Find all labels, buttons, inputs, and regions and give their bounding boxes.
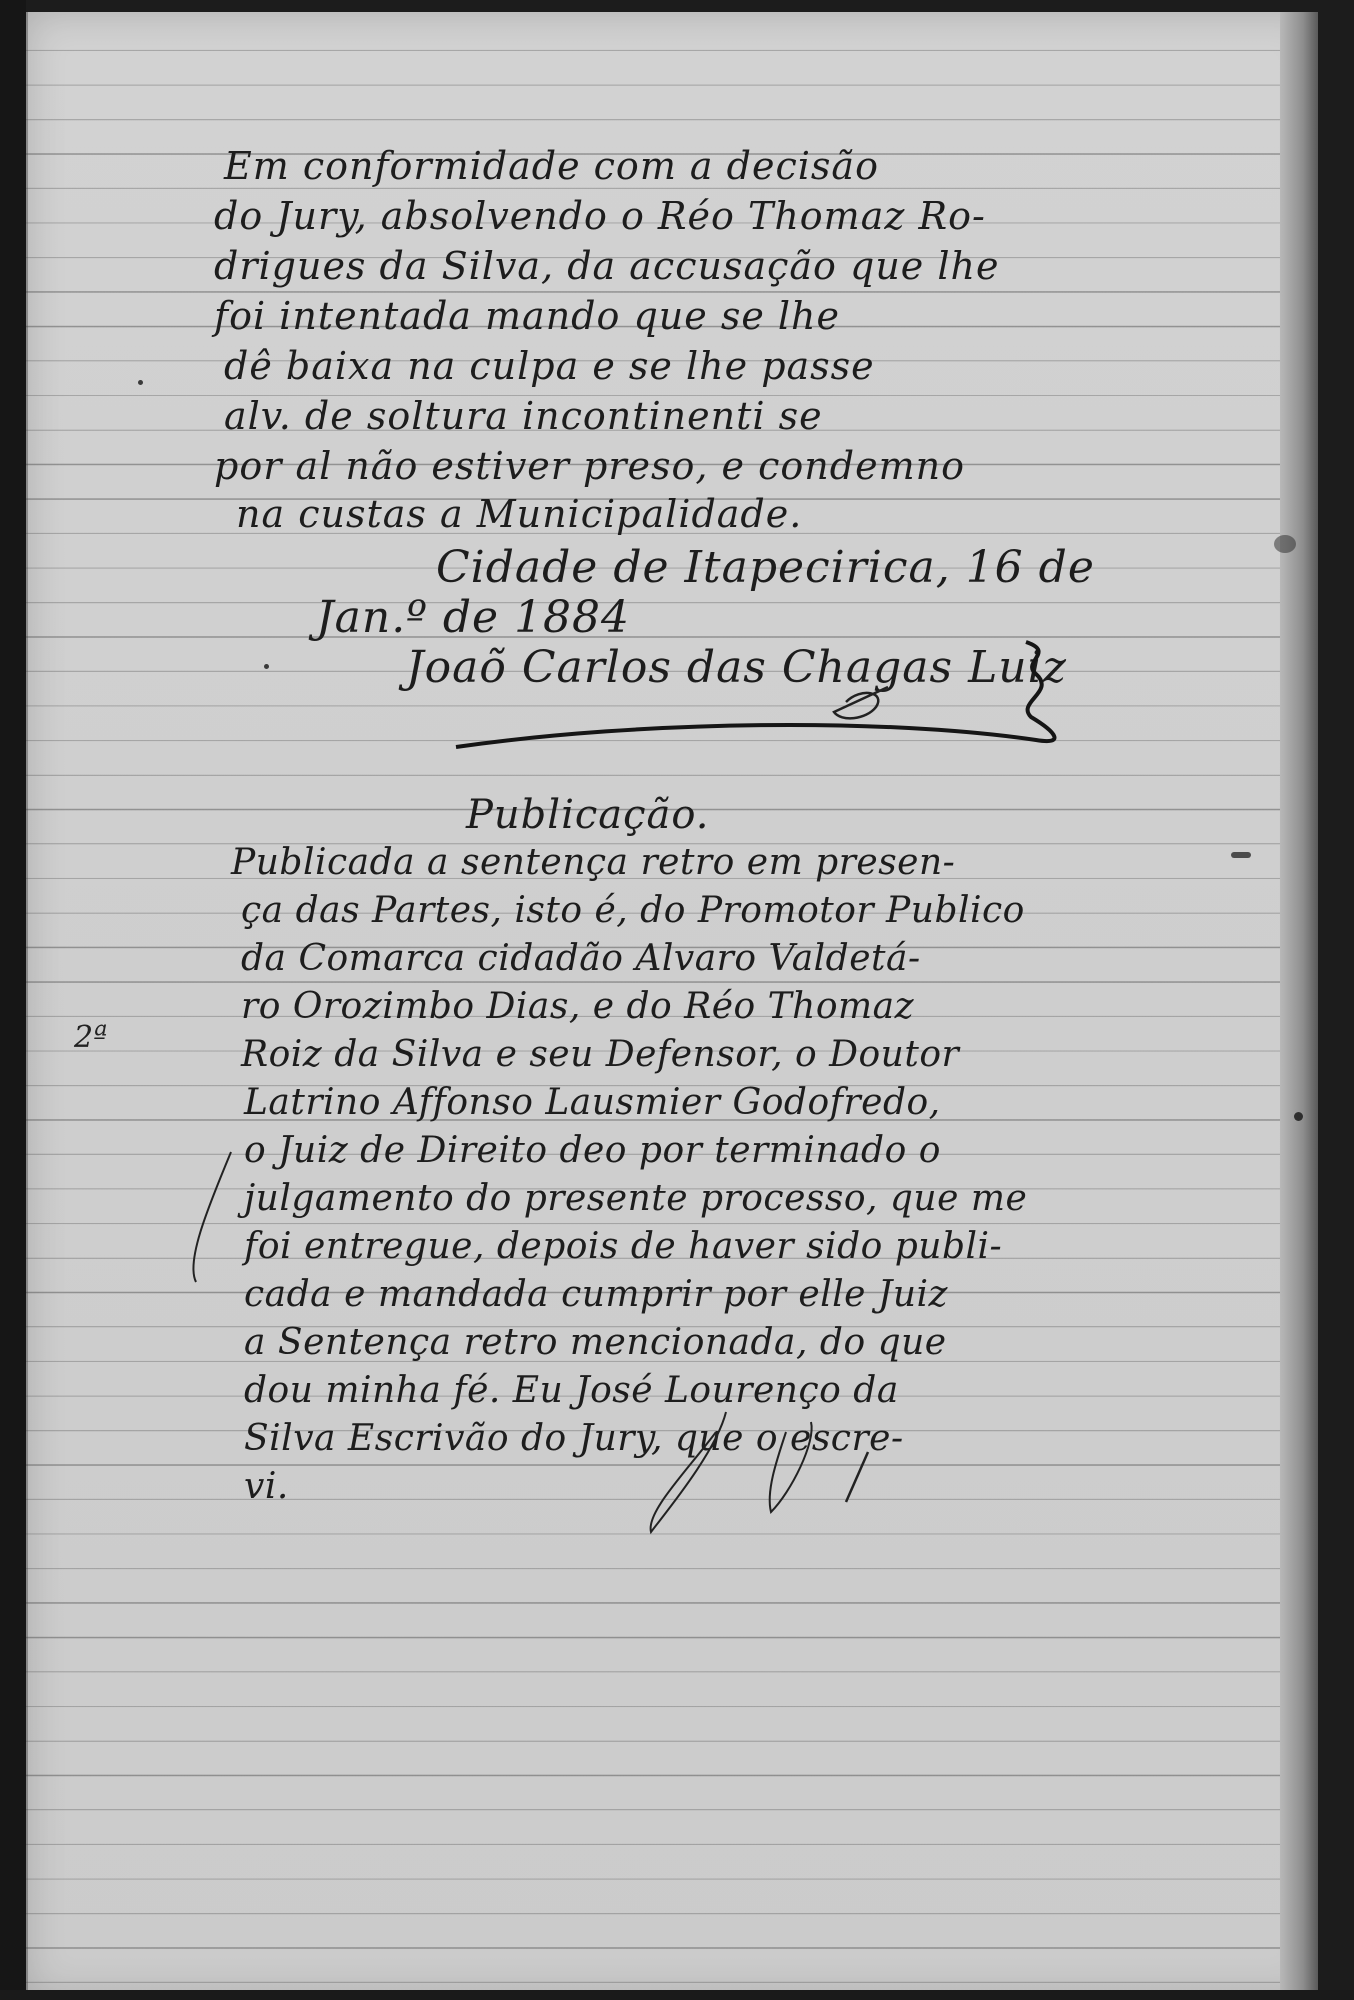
margin-note: 2ª (74, 1020, 107, 1055)
handwritten-text: Em conformidade com a decisão do Jury, a… (26, 12, 1318, 1997)
left-binding-edge (0, 0, 26, 2000)
clerk-signature-flourishes (26, 12, 1318, 1997)
scan-bottom-edge (0, 1990, 1354, 2000)
manuscript-page: Em conformidade com a decisão do Jury, a… (26, 12, 1318, 1997)
